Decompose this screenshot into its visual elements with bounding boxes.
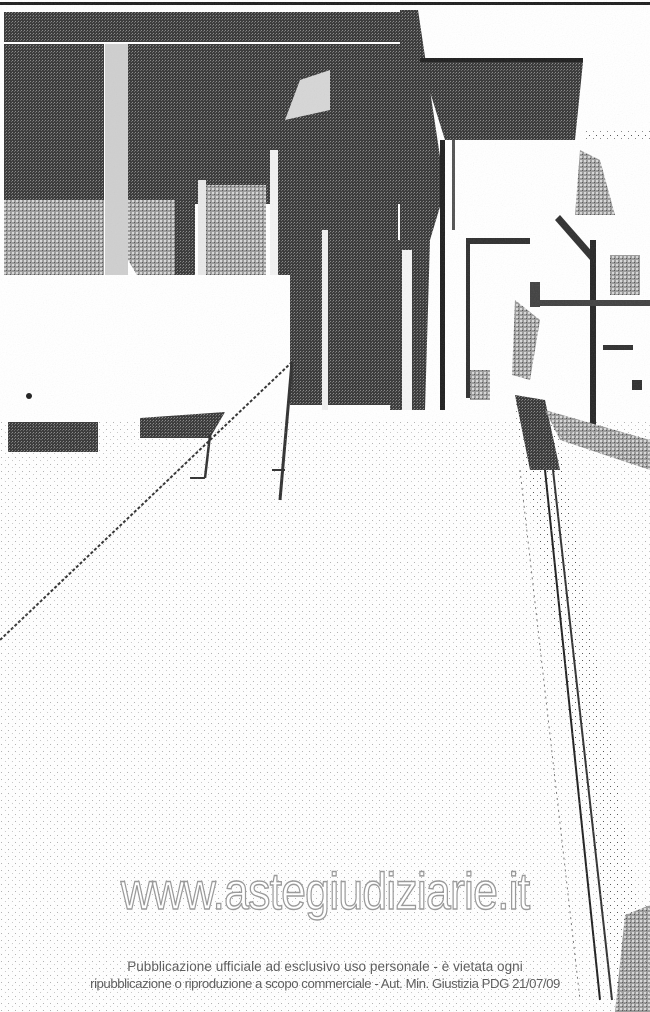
legal-footer: Pubblicazione ufficiale ad esclusivo uso… bbox=[0, 958, 650, 992]
scanned-photo bbox=[0, 0, 650, 1012]
watermark-text: www.astegiudiziarie.it bbox=[46, 862, 605, 922]
footer-line-1: Pubblicazione ufficiale ad esclusivo uso… bbox=[0, 958, 650, 975]
document-page: www.astegiudiziarie.it Pubblicazione uff… bbox=[0, 0, 650, 1012]
footer-line-2: ripubblicazione o riproduzione a scopo c… bbox=[0, 975, 650, 992]
